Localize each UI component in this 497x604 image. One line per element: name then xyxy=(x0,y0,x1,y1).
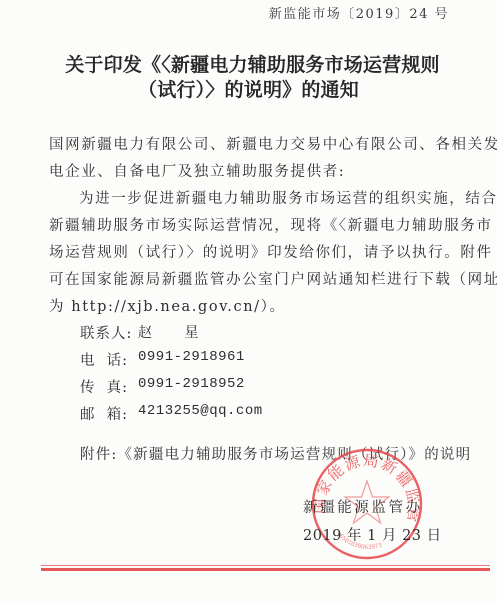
fax-value: 0991-2918952 xyxy=(138,376,245,397)
fax-label: 传 真: xyxy=(80,376,128,397)
phone-label-a: 电 xyxy=(80,349,96,370)
email-label-a: 邮 xyxy=(80,403,96,424)
body-paragraph-line-1: 为进一步促进新疆电力辅助服务市场运营的组织实施，结合 xyxy=(79,187,497,208)
email-row: 邮 箱: 4213255@qq.com xyxy=(80,403,263,424)
phone-value: 0991-2918961 xyxy=(138,349,245,370)
contact-person-value: 赵 星 xyxy=(138,322,212,343)
email-value: 4213255@qq.com xyxy=(138,403,263,424)
document-number: 新监能市场〔2019〕24 号 xyxy=(269,3,449,22)
issuing-organization: 新疆能源监管办 xyxy=(303,496,423,517)
phone-row: 电 话: 0991-2918961 xyxy=(80,349,245,370)
document-title-line-1: 关于印发《〈新疆电力辅助服务市场运营规则 xyxy=(4,50,497,77)
body-paragraph-line-2: 新疆辅助服务市场实际运营情况，现将《〈新疆电力辅助服务市 xyxy=(49,214,493,235)
fax-row: 传 真: 0991-2918952 xyxy=(80,376,245,397)
issue-date: 2019 年 1 月 23 日 xyxy=(303,524,442,545)
body-paragraph-line-3: 场运营规则（试行）〉的说明》印发给你们，请予以执行。附件 xyxy=(49,241,493,262)
red-rule-thin xyxy=(41,565,490,566)
document-page: 新监能市场〔2019〕24 号 关于印发《〈新疆电力辅助服务市场运营规则 （试行… xyxy=(0,0,497,604)
phone-label: 电 话: xyxy=(80,349,128,370)
body-paragraph-line-4: 可在国家能源局新疆监管办公室门户网站通知栏进行下载（网址 xyxy=(49,268,497,289)
email-label-b: 箱: xyxy=(107,403,128,424)
contact-person-label: 联系人: xyxy=(80,322,138,343)
addressee-line-1: 国网新疆电力有限公司、新疆电力交易中心有限公司、各相关发 xyxy=(49,133,497,154)
addressee-line-2: 电企业、自备电厂及独立辅助服务提供者: xyxy=(49,160,345,181)
document-title-line-2: （试行）〉的说明》的通知 xyxy=(0,75,497,102)
phone-label-b: 话: xyxy=(107,349,128,370)
contact-person-row: 联系人: 赵 星 xyxy=(80,322,212,343)
fax-label-a: 传 xyxy=(80,376,96,397)
red-rule-thick xyxy=(41,568,490,571)
email-label: 邮 箱: xyxy=(80,403,128,424)
fax-label-b: 真: xyxy=(107,376,128,397)
body-paragraph-line-5: 为 http://xjb.nea.gov.cn/）。 xyxy=(49,295,286,316)
